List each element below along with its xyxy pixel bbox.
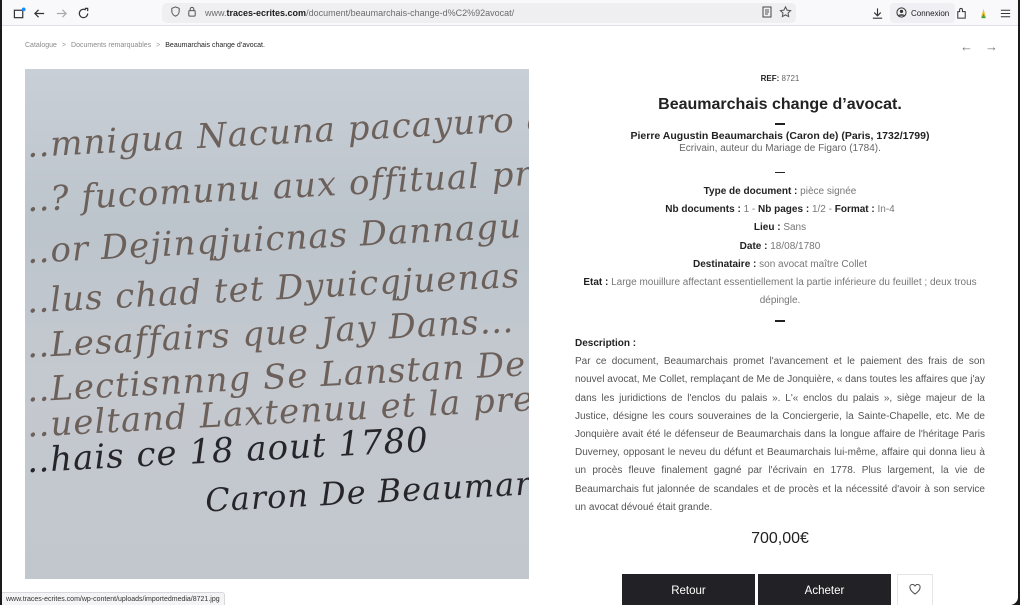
- meta-destinataire: Destinataire : son avocat maître Collet: [575, 256, 985, 274]
- meta-date: Date : 18/08/1780: [575, 238, 985, 256]
- reload-icon[interactable]: [74, 4, 92, 22]
- breadcrumb: Catalogue > Documents remarquables > Bea…: [25, 42, 265, 49]
- divider: [775, 123, 785, 125]
- description: Description : Par ce document, Beaumarch…: [575, 335, 985, 517]
- reader-view-icon[interactable]: [761, 5, 773, 24]
- meta-counts: Nb documents : 1 - Nb pages : 1/2 - Form…: [575, 201, 985, 219]
- author-name: Pierre Augustin Beaumarchais (Caron de) …: [575, 130, 985, 142]
- next-arrow-icon[interactable]: →: [985, 40, 998, 54]
- manuscript-line: …mnigua Nacuna pacayuro att…: [25, 95, 529, 166]
- browser-toolbar: www.traces-ecrites.com/document/beaumarc…: [2, 0, 1018, 26]
- breadcrumb-catalogue[interactable]: Catalogue: [25, 42, 57, 49]
- breadcrumb-current: Beaumarchais change d’avocat.: [165, 42, 265, 49]
- divider: [775, 320, 785, 322]
- breadcrumb-separator: >: [62, 42, 66, 49]
- forward-icon[interactable]: [52, 4, 70, 22]
- document-metadata: Type de document : pièce signée Nb docum…: [575, 183, 985, 310]
- status-bar-url: www.traces-ecrites.com/wp-content/upload…: [2, 592, 225, 605]
- product-navigation: ← →: [960, 40, 998, 54]
- breadcrumb-separator: >: [156, 42, 160, 49]
- breadcrumb-documents-remarquables[interactable]: Documents remarquables: [71, 42, 151, 49]
- description-text: Par ce document, Beaumarchais promet l'a…: [575, 353, 985, 517]
- product-title: Beaumarchais change d’avocat.: [575, 96, 985, 114]
- connexion-label: Connexion: [911, 9, 949, 18]
- description-label: Description :: [575, 335, 985, 353]
- meta-type: Type de document : pièce signée: [575, 183, 985, 201]
- back-button[interactable]: Retour: [622, 574, 755, 605]
- heart-icon: [909, 582, 921, 600]
- extensions-icon[interactable]: [952, 4, 970, 22]
- document-image[interactable]: …mnigua Nacuna pacayuro att… …? fucomunu…: [25, 69, 529, 579]
- lock-icon[interactable]: [187, 4, 197, 22]
- downloads-icon[interactable]: [868, 4, 886, 22]
- account-connexion-button[interactable]: Connexion: [890, 3, 955, 23]
- browser-window: www.traces-ecrites.com/document/beaumarc…: [2, 0, 1018, 605]
- extension-app-icon[interactable]: [974, 4, 992, 22]
- url-text[interactable]: www.traces-ecrites.com/document/beaumarc…: [205, 8, 514, 18]
- product-info: REF: 8721 Beaumarchais change d’avocat. …: [575, 70, 985, 517]
- meta-etat: Etat : Large mouillure affectant essenti…: [575, 274, 985, 310]
- reference: REF: 8721: [575, 74, 985, 83]
- url-bar[interactable]: www.traces-ecrites.com/document/beaumarc…: [162, 3, 796, 23]
- reference-value: 8721: [782, 74, 800, 83]
- reference-label: REF:: [761, 74, 780, 83]
- account-icon: [896, 7, 907, 20]
- back-icon[interactable]: [30, 4, 48, 22]
- author-description: Ecrivain, auteur du Mariage de Figaro (1…: [575, 143, 985, 154]
- previous-arrow-icon[interactable]: ←: [960, 40, 973, 54]
- sidebar-toggle-icon[interactable]: [10, 4, 28, 22]
- bookmark-star-icon[interactable]: [779, 5, 792, 24]
- price: 700,00€: [575, 530, 985, 548]
- divider: [775, 172, 785, 174]
- wishlist-button[interactable]: [897, 574, 933, 605]
- hamburger-menu-icon[interactable]: [996, 4, 1014, 22]
- buy-button[interactable]: Acheter: [758, 574, 891, 605]
- meta-lieu: Lieu : Sans: [575, 219, 985, 237]
- tracking-shield-icon[interactable]: [170, 4, 181, 22]
